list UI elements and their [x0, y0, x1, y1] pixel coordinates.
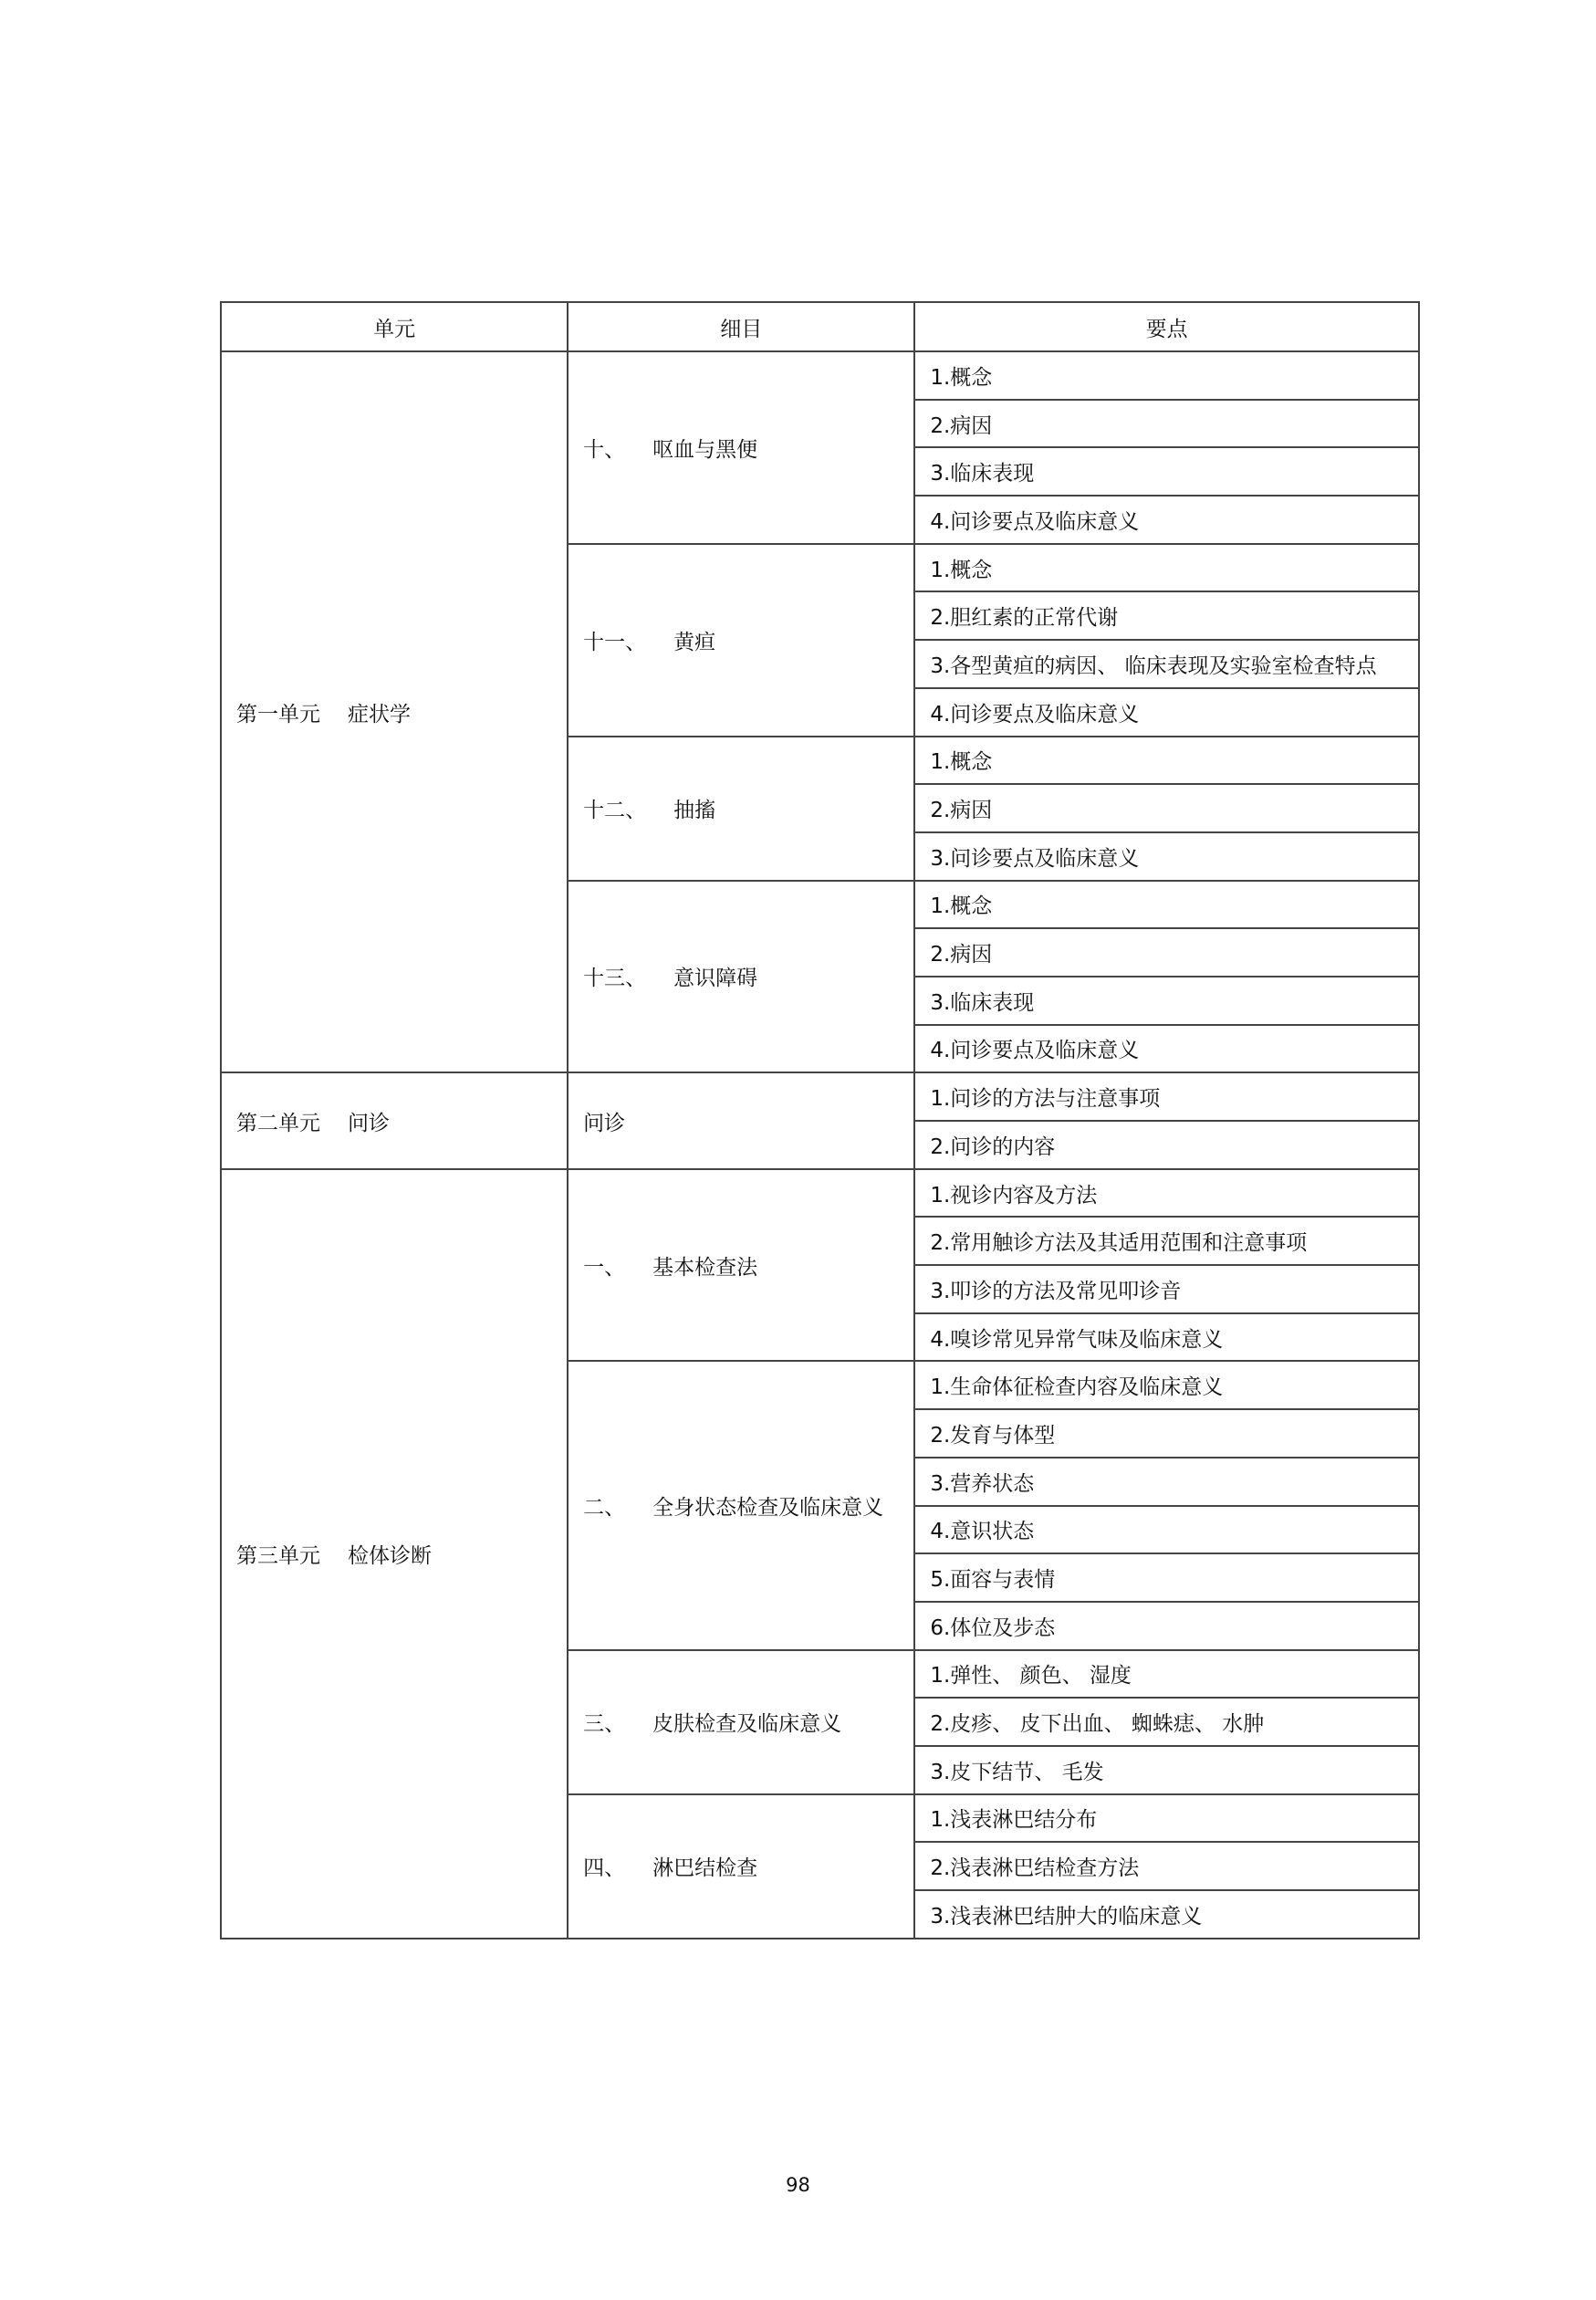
unit-cell: 第二单元问诊 — [221, 1072, 568, 1168]
point-cell: 2.发育与体型 — [914, 1409, 1419, 1458]
item-cell: 三、皮肤检查及临床意义 — [568, 1650, 914, 1794]
point-cell: 2.病因 — [914, 400, 1419, 448]
unit-title: 问诊 — [348, 1112, 390, 1135]
item-cell: 十、呕血与黑便 — [568, 351, 914, 544]
point-cell: 2.胆红素的正常代谢 — [914, 591, 1419, 640]
item-cell: 十一、黄疸 — [568, 544, 914, 737]
item-number: 十三、 — [583, 967, 646, 990]
item-title: 基本检查法 — [652, 1256, 757, 1280]
unit-name: 第二单元 — [236, 1112, 320, 1135]
item-cell: 十二、抽搐 — [568, 737, 914, 881]
point-cell: 1.概念 — [914, 881, 1419, 929]
unit-cell: 第一单元症状学 — [221, 351, 568, 1072]
point-cell: 4.意识状态 — [914, 1506, 1419, 1554]
point-cell: 3.问诊要点及临床意义 — [914, 832, 1419, 881]
table-row: 第一单元症状学十、呕血与黑便1.概念 — [221, 351, 1419, 400]
item-number: 四、 — [583, 1856, 625, 1880]
item-title: 意识障碍 — [673, 967, 757, 990]
table-header-row: 单元 细目 要点 — [221, 302, 1419, 351]
header-unit: 单元 — [221, 302, 568, 351]
item-title: 黄疸 — [673, 631, 715, 654]
item-title: 皮肤检查及临床意义 — [652, 1712, 841, 1736]
point-cell: 3.各型黄疸的病因、 临床表现及实验室检查特点 — [914, 640, 1419, 688]
page-number: 98 — [0, 2174, 1596, 2196]
point-cell: 3.营养状态 — [914, 1458, 1419, 1506]
table-body: 第一单元症状学十、呕血与黑便1.概念2.病因3.临床表现4.问诊要点及临床意义十… — [221, 351, 1419, 1939]
item-cell: 二、全身状态检查及临床意义 — [568, 1361, 914, 1649]
table-row: 第二单元问诊问诊1.问诊的方法与注意事项 — [221, 1072, 1419, 1121]
point-cell: 3.临床表现 — [914, 447, 1419, 496]
point-cell: 2.病因 — [914, 928, 1419, 977]
header-item: 细目 — [568, 302, 914, 351]
item-number: 十一、 — [583, 631, 646, 654]
item-number: 二、 — [583, 1496, 625, 1520]
item-cell: 四、淋巴结检查 — [568, 1794, 914, 1939]
point-cell: 2.问诊的内容 — [914, 1121, 1419, 1169]
point-cell: 2.病因 — [914, 784, 1419, 832]
point-cell: 1.弹性、 颜色、 湿度 — [914, 1650, 1419, 1699]
point-cell: 6.体位及步态 — [914, 1602, 1419, 1650]
point-cell: 4.问诊要点及临床意义 — [914, 688, 1419, 737]
point-cell: 4.嗅诊常见异常气味及临床意义 — [914, 1313, 1419, 1362]
unit-title: 症状学 — [348, 703, 411, 727]
point-cell: 3.皮下结节、 毛发 — [914, 1746, 1419, 1794]
point-cell: 4.问诊要点及临床意义 — [914, 496, 1419, 544]
unit-name: 第三单元 — [236, 1544, 320, 1568]
item-number: 十二、 — [583, 799, 646, 822]
point-cell: 2.皮疹、 皮下出血、 蜘蛛痣、 水肿 — [914, 1698, 1419, 1746]
point-cell: 4.问诊要点及临床意义 — [914, 1025, 1419, 1073]
point-cell: 1.概念 — [914, 737, 1419, 785]
table-row: 第三单元检体诊断一、基本检查法1.视诊内容及方法 — [221, 1169, 1419, 1218]
unit-title: 检体诊断 — [348, 1544, 432, 1568]
item-number: 三、 — [583, 1712, 625, 1736]
item-number: 十、 — [583, 438, 625, 462]
item-cell: 十三、意识障碍 — [568, 881, 914, 1073]
point-cell: 3.叩诊的方法及常见叩诊音 — [914, 1265, 1419, 1313]
syllabus-table: 单元 细目 要点 第一单元症状学十、呕血与黑便1.概念2.病因3.临床表现4.问… — [220, 301, 1420, 1939]
point-cell: 2.浅表淋巴结检查方法 — [914, 1842, 1419, 1890]
item-number: 一、 — [583, 1256, 625, 1280]
item-cell: 一、基本检查法 — [568, 1169, 914, 1362]
unit-cell: 第三单元检体诊断 — [221, 1169, 568, 1939]
point-cell: 1.视诊内容及方法 — [914, 1169, 1419, 1218]
point-cell: 2.常用触诊方法及其适用范围和注意事项 — [914, 1217, 1419, 1265]
item-title: 淋巴结检查 — [652, 1856, 757, 1880]
point-cell: 1.生命体征检查内容及临床意义 — [914, 1361, 1419, 1409]
item-title: 呕血与黑便 — [652, 438, 757, 462]
point-cell: 1.概念 — [914, 351, 1419, 400]
item-title: 抽搐 — [673, 799, 715, 822]
point-cell: 3.浅表淋巴结肿大的临床意义 — [914, 1890, 1419, 1939]
item-title: 问诊 — [583, 1112, 625, 1135]
unit-name: 第一单元 — [236, 703, 320, 727]
point-cell: 5.面容与表情 — [914, 1553, 1419, 1602]
point-cell: 3.临床表现 — [914, 977, 1419, 1025]
point-cell: 1.问诊的方法与注意事项 — [914, 1072, 1419, 1121]
item-title: 全身状态检查及临床意义 — [652, 1496, 883, 1520]
point-cell: 1.浅表淋巴结分布 — [914, 1794, 1419, 1843]
point-cell: 1.概念 — [914, 544, 1419, 592]
item-cell: 问诊 — [568, 1072, 914, 1168]
header-points: 要点 — [914, 302, 1419, 351]
